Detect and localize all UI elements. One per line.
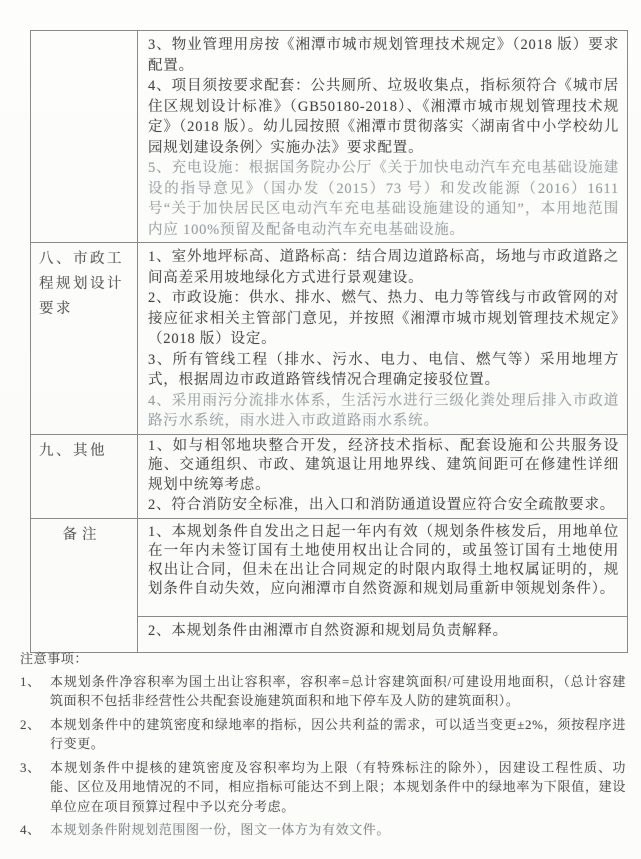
note-item-density-variation: 2、 本规划条件中的建筑密度和绿地率的指标，因公共利益的需求，可以适当变更±2%…: [20, 715, 626, 754]
table-row: 八、市政工程规划设计要求 1、室外地坪标高、道路标高：结合周边道路标高，场地与市…: [31, 243, 628, 435]
planning-conditions-table: 3、物业管理用房按《湘潭市城市规划管理技术规定》（2018 版）要求配置。 4、…: [30, 30, 628, 653]
row-content-municipal-engineering: 1、室外地坪标高、道路标高：结合周边道路标高，场地与市政道路之间高差采用坡地绿化…: [138, 243, 628, 435]
note-item-plot-ratio: 1、 本规划条件净容积率为国土出让容积率，容积率=总计容建筑面积/可建设用地面积…: [20, 672, 626, 711]
row-header-remarks: 备注: [31, 518, 138, 652]
clause-validity-period: 1、本规划条件自发出之日起一年内有效（规划条件核发后，用地单位在一年内未签订国有…: [148, 523, 619, 599]
notes-title: 注意事项：: [20, 649, 626, 669]
table-row: 备注 1、本规划条件自发出之日起一年内有效（规划条件核发后，用地单位在一年内未签…: [31, 518, 628, 616]
note-item-upper-limits: 3、 本规划条件中提核的建筑密度及容积率均为上限（有特殊标注的除外），因建设工程…: [20, 758, 626, 817]
clause-municipal-utilities: 2、市政设施：供水、排水、燃气、热力、电力等管线与市政管网的对接应征求相关主管部…: [148, 288, 619, 350]
row-content-other: 1、如与相邻地块整合开发，经济技术指标、配套设施和公共服务设施、交通组织、市政、…: [138, 434, 628, 518]
table-row: 九、其他 1、如与相邻地块整合开发，经济技术指标、配套设施和公共服务设施、交通组…: [31, 434, 628, 518]
row-content-facilities: 3、物业管理用房按《湘潭市城市规划管理技术规定》（2018 版）要求配置。 4、…: [138, 31, 628, 243]
note-text: 本规划条件中提核的建筑密度及容积率均为上限（有特殊标注的除外），因建设工程性质、…: [50, 758, 626, 817]
row-header-other: 九、其他: [31, 434, 138, 518]
scanned-document-page: 3、物业管理用房按《湘潭市城市规划管理技术规定》（2018 版）要求配置。 4、…: [0, 0, 641, 859]
note-text: 本规划条件净容积率为国土出让容积率，容积率=总计容建筑面积/可建设用地面积，（总…: [50, 672, 626, 711]
row-header-empty: [31, 31, 138, 243]
notes-section: 注意事项： 1、 本规划条件净容积率为国土出让容积率，容积率=总计容建筑面积/可…: [20, 649, 626, 844]
clause-adjacent-plot-development: 1、如与相邻地块整合开发，经济技术指标、配套设施和公共服务设施、交通组织、市政、…: [148, 437, 619, 496]
note-number: 3、: [20, 758, 50, 817]
clause-site-elevation: 1、室外地坪标高、道路标高：结合周边道路标高，场地与市政道路之间高差采用坡地绿化…: [148, 247, 619, 288]
clause-public-facilities: 4、项目须按要求配套：公共厕所、垃圾收集点，指标须符合《城市居住区规划设计标准》…: [148, 76, 619, 158]
note-text: 本规划条件附规划范围图一份，图文一体方为有效文件。: [50, 820, 626, 840]
clause-property-management: 3、物业管理用房按《湘潭市城市规划管理技术规定》（2018 版）要求配置。: [148, 35, 619, 76]
clause-fire-safety: 2、符合消防安全标准，出入口和消防通道设置应符合安全疏散要求。: [148, 496, 619, 516]
table-row: 3、物业管理用房按《湘潭市城市规划管理技术规定》（2018 版）要求配置。 4、…: [31, 31, 628, 243]
clause-ev-charging: 5、充电设施：根据国务院办公厅《关于加快电动汽车充电基础设施建设的指导意见》（国…: [148, 158, 619, 240]
row-content-remarks-validity: 1、本规划条件自发出之日起一年内有效（规划条件核发后，用地单位在一年内未签订国有…: [138, 518, 628, 616]
note-number: 2、: [20, 715, 50, 754]
clause-pipeline-works: 3、所有管线工程（排水、污水、电力、电信、燃气等）采用地埋方式，根据周边市政道路…: [148, 350, 619, 391]
note-text: 本规划条件中的建筑密度和绿地率的指标，因公共利益的需求，可以适当变更±2%，须按…: [50, 715, 626, 754]
note-item-attached-map: 4、 本规划条件附规划范围图一份，图文一体方为有效文件。: [20, 820, 626, 840]
row-content-remarks-interpretation: 2、本规划条件由湘潭市自然资源和规划局负责解释。: [138, 616, 628, 652]
row-header-municipal-engineering: 八、市政工程规划设计要求: [31, 243, 138, 435]
note-number: 4、: [20, 820, 50, 840]
note-number: 1、: [20, 672, 50, 711]
clause-drainage-system: 4、采用雨污分流排水体系，生活污水进行三级化粪处理后排入市政道路污水系统，雨水进…: [148, 391, 619, 432]
clause-interpretation-authority: 2、本规划条件由湘潭市自然资源和规划局负责解释。: [148, 621, 619, 642]
